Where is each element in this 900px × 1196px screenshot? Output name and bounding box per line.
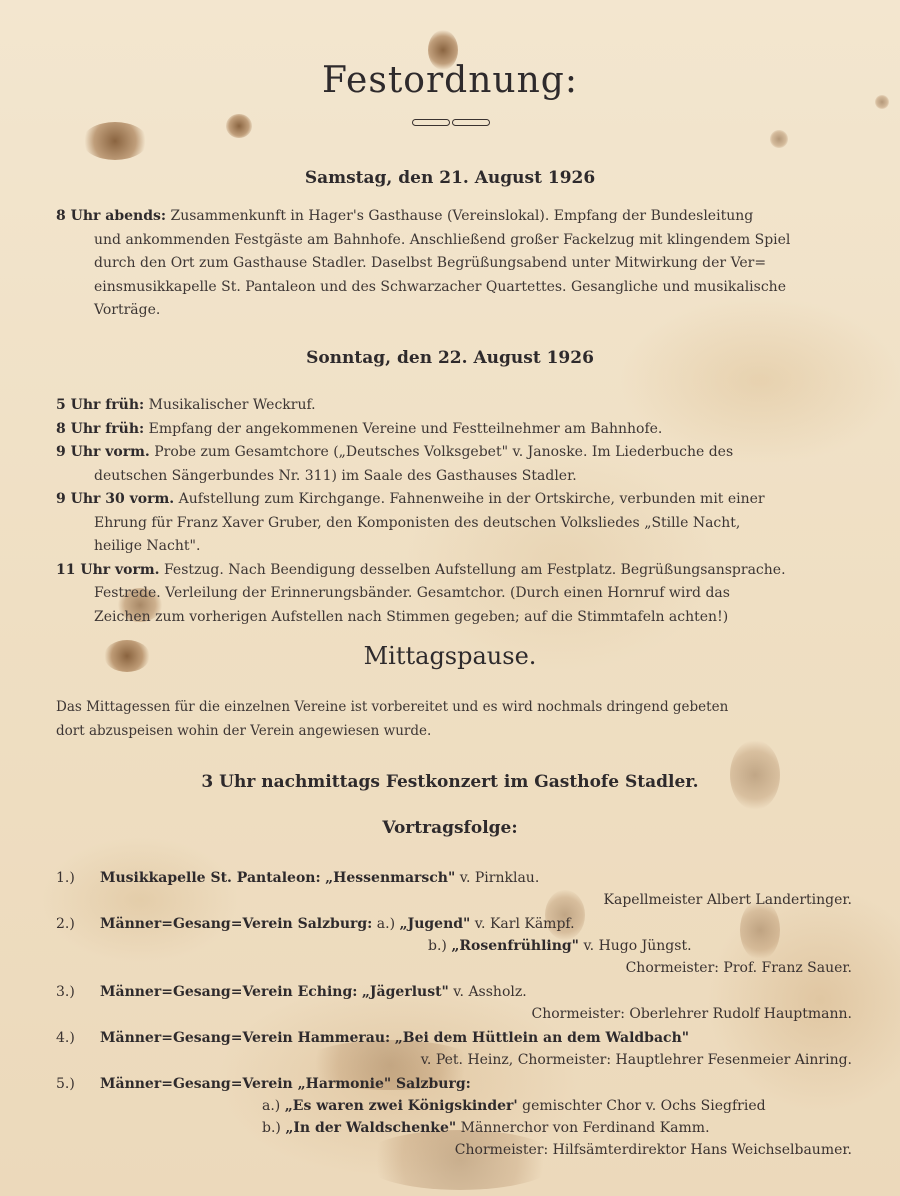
performer: Männer=Gesang=Verein Eching:	[100, 984, 357, 1000]
entry-text: Zusammenkunft in Hager's Gasthause (Vere…	[171, 208, 754, 224]
sunday-entries: 5 Uhr früh: Musikalischer Weckruf. 8 Uhr…	[56, 394, 856, 629]
entry-text: und ankommenden Festgäste am Bahnhofe. A…	[94, 232, 790, 248]
sunday-entry: 8 Uhr früh: Empfang der angekommenen Ver…	[56, 418, 856, 442]
stain	[226, 114, 252, 138]
piece-credit: v. Pirnklau.	[460, 870, 540, 886]
stain	[740, 900, 780, 960]
program-number: 1.)	[56, 870, 75, 886]
double-bar-ornament-icon	[410, 117, 490, 127]
director: Chormeister: Oberlehrer Rudolf Hauptmann…	[532, 1006, 852, 1022]
piece-title: „Hessenmarsch"	[325, 870, 455, 886]
entry-text: Musikalischer Weckruf.	[149, 397, 316, 413]
saturday-entry: 8 Uhr abends: Zusammenkunft in Hager's G…	[56, 205, 856, 323]
program-number: 5.)	[56, 1076, 75, 1092]
piece-marker: b.)	[262, 1120, 281, 1136]
stain	[770, 130, 788, 148]
piece-title: „Rosenfrühling"	[451, 938, 579, 954]
piece-title: „Bei dem Hüttlein an dem Waldbach"	[395, 1030, 689, 1046]
entry-time: 11 Uhr vorm.	[56, 562, 160, 578]
piece-credit: v. Assholz.	[453, 984, 526, 1000]
lunch-line: dort abzuspeisen wohin der Verein angewi…	[56, 723, 431, 739]
entry-time: 9 Uhr vorm.	[56, 444, 150, 460]
program-number: 3.)	[56, 984, 75, 1000]
entry-text: Probe zum Gesamtchore („Deutsches Volksg…	[154, 444, 733, 460]
sunday-entry: 9 Uhr 30 vorm. Aufstellung zum Kirchgang…	[56, 488, 856, 559]
performer: Männer=Gesang=Verein „Harmonie" Salzburg…	[100, 1076, 471, 1092]
stain	[82, 122, 148, 160]
lunch-heading: Mittagspause.	[0, 642, 900, 670]
entry-time: 8 Uhr abends:	[56, 208, 166, 224]
piece-credit: Männerchor von Ferdinand Kamm.	[461, 1120, 710, 1136]
lunch-text: Das Mittagessen für die einzelnen Verein…	[56, 696, 856, 743]
entry-time: 9 Uhr 30 vorm.	[56, 491, 174, 507]
director: Kapellmeister Albert Landertinger.	[604, 892, 852, 908]
entry-text: Ehrung für Franz Xaver Gruber, den Kompo…	[94, 515, 740, 531]
program-piece: a.) „Es waren zwei Königskinder' gemisch…	[262, 1098, 766, 1114]
piece-credit: v. Karl Kämpf.	[475, 916, 575, 932]
stain	[545, 890, 585, 940]
entry-text: Aufstellung zum Kirchgange. Fahnenweihe …	[179, 491, 765, 507]
program-piece: b.) „In der Waldschenke" Männerchor von …	[262, 1120, 710, 1136]
entry-text: deutschen Sängerbundes Nr. 311) im Saale…	[94, 468, 577, 484]
piece-marker: a.)	[262, 1098, 280, 1114]
piece-title: „In der Waldschenke"	[285, 1120, 456, 1136]
sunday-heading: Sonntag, den 22. August 1926	[0, 348, 900, 368]
piece-title: „Es waren zwei Königskinder'	[285, 1098, 518, 1114]
stain	[360, 1130, 560, 1190]
entry-text: einsmusikkapelle St. Pantaleon und des S…	[94, 279, 786, 295]
entry-text: Zeichen zum vorherigen Aufstellen nach S…	[94, 609, 728, 625]
entry-text: Festzug. Nach Beendigung desselben Aufst…	[164, 562, 786, 578]
program-item: Männer=Gesang=Verein Hammerau: „Bei dem …	[100, 1030, 689, 1046]
program-number: 4.)	[56, 1030, 75, 1046]
piece-title: „Jugend"	[400, 916, 471, 932]
sunday-entry: 9 Uhr vorm. Probe zum Gesamtchore („Deut…	[56, 441, 856, 488]
program-item: Musikkapelle St. Pantaleon: „Hessenmarsc…	[100, 870, 539, 886]
program-item: Männer=Gesang=Verein „Harmonie" Salzburg…	[100, 1076, 471, 1092]
director: Chormeister: Hilfsämterdirektor Hans Wei…	[455, 1142, 852, 1158]
entry-text: Festrede. Verleilung der Erinnerungsbänd…	[94, 585, 730, 601]
performer: Männer=Gesang=Verein Salzburg:	[100, 916, 372, 932]
entry-text: Empfang der angekommenen Vereine und Fes…	[149, 421, 663, 437]
director: Chormeister: Prof. Franz Sauer.	[626, 960, 852, 976]
program-item: Männer=Gesang=Verein Eching: „Jägerlust"…	[100, 984, 527, 1000]
entry-text: Vorträge.	[94, 302, 160, 318]
entry-text: durch den Ort zum Gasthause Stadler. Das…	[94, 255, 766, 271]
piece-credit: v. Hugo Jüngst.	[583, 938, 691, 954]
page-title: Festordnung:	[0, 60, 900, 101]
sunday-entry: 5 Uhr früh: Musikalischer Weckruf.	[56, 394, 856, 418]
piece-marker: a.)	[377, 916, 395, 932]
piece-marker: b.)	[428, 938, 447, 954]
program-item: Männer=Gesang=Verein Salzburg: a.) „Juge…	[100, 916, 575, 932]
program-piece: b.) „Rosenfrühling" v. Hugo Jüngst.	[428, 938, 692, 954]
entry-time: 8 Uhr früh:	[56, 421, 144, 437]
program-heading: Vortragsfolge:	[0, 818, 900, 838]
piece-credit: gemischter Chor v. Ochs Siegfried	[522, 1098, 765, 1114]
piece-title: „Jägerlust"	[362, 984, 449, 1000]
program-number: 2.)	[56, 916, 75, 932]
entry-time: 5 Uhr früh:	[56, 397, 144, 413]
lunch-line: Das Mittagessen für die einzelnen Verein…	[56, 699, 728, 715]
sunday-entry: 11 Uhr vorm. Festzug. Nach Beendigung de…	[56, 559, 856, 630]
director: v. Pet. Heinz, Chormeister: Hauptlehrer …	[421, 1052, 852, 1068]
concert-heading: 3 Uhr nachmittags Festkonzert im Gasthof…	[0, 772, 900, 792]
saturday-heading: Samstag, den 21. August 1926	[0, 168, 900, 188]
entry-text: heilige Nacht".	[94, 538, 200, 554]
performer: Musikkapelle St. Pantaleon:	[100, 870, 321, 886]
performer: Männer=Gesang=Verein Hammerau:	[100, 1030, 390, 1046]
